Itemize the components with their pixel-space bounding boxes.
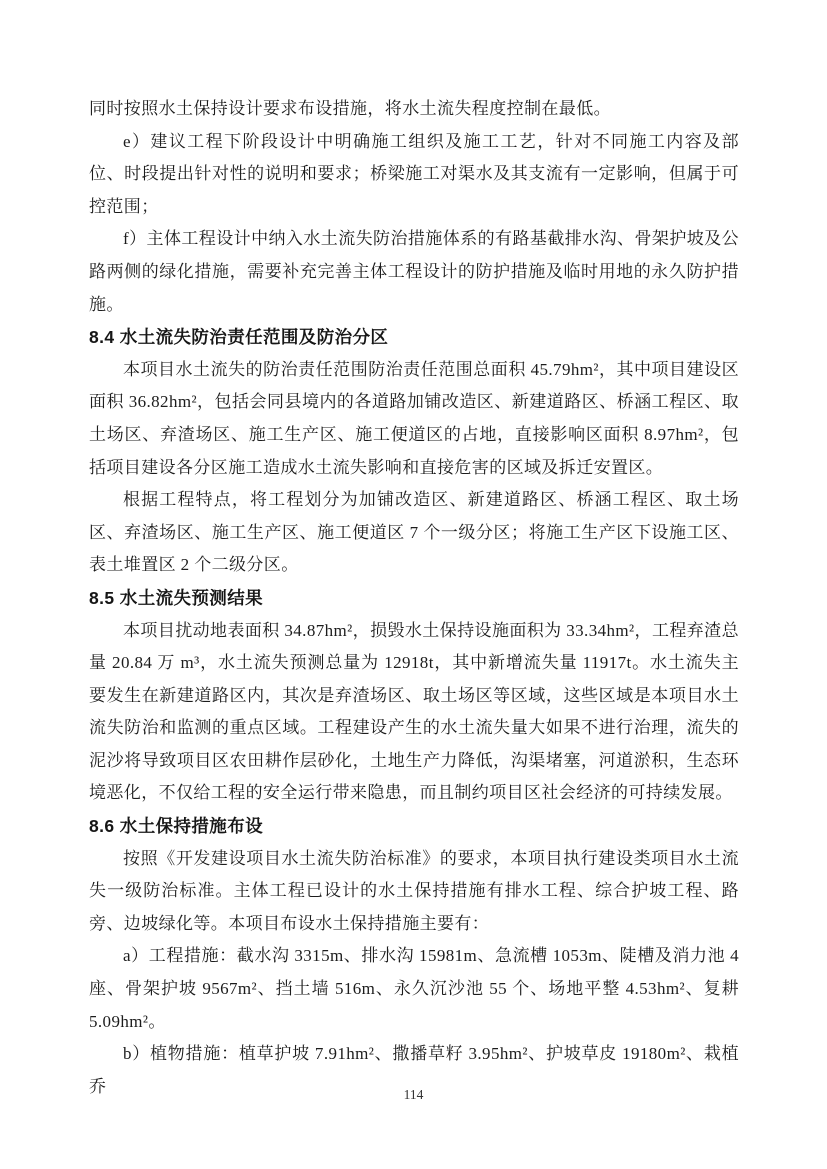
section-heading-8-4: 8.4 水土流失防治责任范围及防治分区: [89, 321, 739, 354]
paragraph-responsibility-scope: 本项目水土流失的防治责任范围防治责任范围总面积 45.79hm²，其中项目建设区…: [89, 354, 739, 484]
paragraph-item-f: f）主体工程设计中纳入水土流失防治措施体系的有路基截排水沟、骨架护坡及公路两侧的…: [89, 223, 739, 321]
paragraph-measures-intro: 按照《开发建设项目水土流失防治标准》的要求，本项目执行建设类项目水土流失一级防治…: [89, 843, 739, 941]
section-heading-8-6: 8.6 水土保持措施布设: [89, 810, 739, 843]
paragraph-continued: 同时按照水土保持设计要求布设措施，将水土流失程度控制在最低。: [89, 93, 739, 126]
section-heading-8-5: 8.5 水土流失预测结果: [89, 582, 739, 615]
paragraph-item-e: e）建议工程下阶段设计中明确施工组织及施工工艺，针对不同施工内容及部位、时段提出…: [89, 126, 739, 224]
page-number: 114: [404, 1087, 424, 1102]
paragraph-item-a-engineering-measures: a）工程措施：截水沟 3315m、排水沟 15981m、急流槽 1053m、陡槽…: [89, 940, 739, 1038]
document-page: 同时按照水土保持设计要求布设措施，将水土流失程度控制在最低。 e）建议工程下阶段…: [0, 0, 827, 1169]
paragraph-prediction-results: 本项目扰动地表面积 34.87hm²，损毁水土保持设施面积为 33.34hm²，…: [89, 615, 739, 811]
paragraph-zoning: 根据工程特点，将工程划分为加铺改造区、新建道路区、桥涵工程区、取土场区、弃渣场区…: [89, 484, 739, 582]
page-content: 同时按照水土保持设计要求布设措施，将水土流失程度控制在最低。 e）建议工程下阶段…: [89, 93, 739, 1103]
page-footer: 114: [0, 1086, 827, 1104]
